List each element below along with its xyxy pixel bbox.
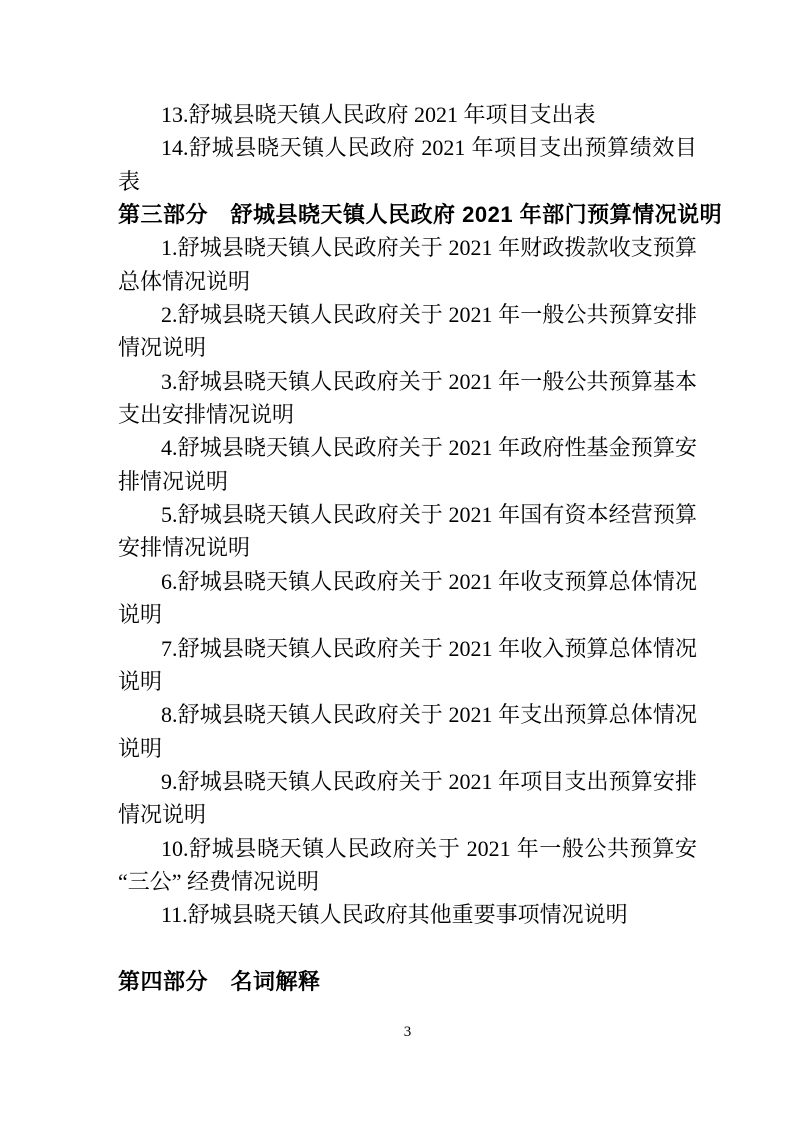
toc-line: 排情况说明 — [118, 465, 697, 498]
toc-line: 1.舒城县晓天镇人民政府关于 2021 年财政拨款收支预算 — [118, 231, 697, 264]
toc-line: 情况说明 — [118, 331, 697, 364]
toc-line: 7.舒城县晓天镇人民政府关于 2021 年收入预算总体情况 — [118, 632, 697, 665]
toc-line: 11.舒城县晓天镇人民政府其他重要事项情况说明 — [118, 898, 697, 931]
toc-line: “三公” 经费情况说明 — [118, 865, 697, 898]
toc-line: 安排情况说明 — [118, 531, 697, 564]
toc-line: 支出安排情况说明 — [118, 398, 697, 431]
toc-line: 10.舒城县晓天镇人民政府关于 2021 年一般公共预算安排 — [118, 832, 697, 865]
toc-line: 说明 — [118, 732, 697, 765]
toc-line: 8.舒城县晓天镇人民政府关于 2021 年支出预算总体情况 — [118, 698, 697, 731]
toc-line: 14.舒城县晓天镇人民政府 2021 年项目支出预算绩效目标 — [118, 131, 697, 164]
blank-line — [118, 932, 697, 965]
section-3-heading: 第三部分 舒城县晓天镇人民政府 2021 年部门预算情况说明 — [118, 198, 697, 231]
toc-line: 总体情况说明 — [118, 265, 697, 298]
document-page: 13.舒城县晓天镇人民政府 2021 年项目支出表14.舒城县晓天镇人民政府 2… — [0, 0, 793, 1122]
toc-line: 9.舒城县晓天镇人民政府关于 2021 年项目支出预算安排 — [118, 765, 697, 798]
section-4-heading: 第四部分 名词解释 — [118, 965, 697, 998]
toc-line: 情况说明 — [118, 798, 697, 831]
toc-line: 6.舒城县晓天镇人民政府关于 2021 年收支预算总体情况 — [118, 565, 697, 598]
toc-line: 4.舒城县晓天镇人民政府关于 2021 年政府性基金预算安 — [118, 431, 697, 464]
toc-line: 说明 — [118, 665, 697, 698]
toc-line: 5.舒城县晓天镇人民政府关于 2021 年国有资本经营预算 — [118, 498, 697, 531]
toc-line: 3.舒城县晓天镇人民政府关于 2021 年一般公共预算基本 — [118, 365, 697, 398]
toc-line: 13.舒城县晓天镇人民政府 2021 年项目支出表 — [118, 98, 697, 131]
table-of-contents: 13.舒城县晓天镇人民政府 2021 年项目支出表14.舒城县晓天镇人民政府 2… — [118, 98, 697, 998]
toc-line: 说明 — [118, 598, 697, 631]
toc-line: 2.舒城县晓天镇人民政府关于 2021 年一般公共预算安排 — [118, 298, 697, 331]
page-number: 3 — [118, 1023, 697, 1041]
toc-line: 表 — [118, 165, 697, 198]
